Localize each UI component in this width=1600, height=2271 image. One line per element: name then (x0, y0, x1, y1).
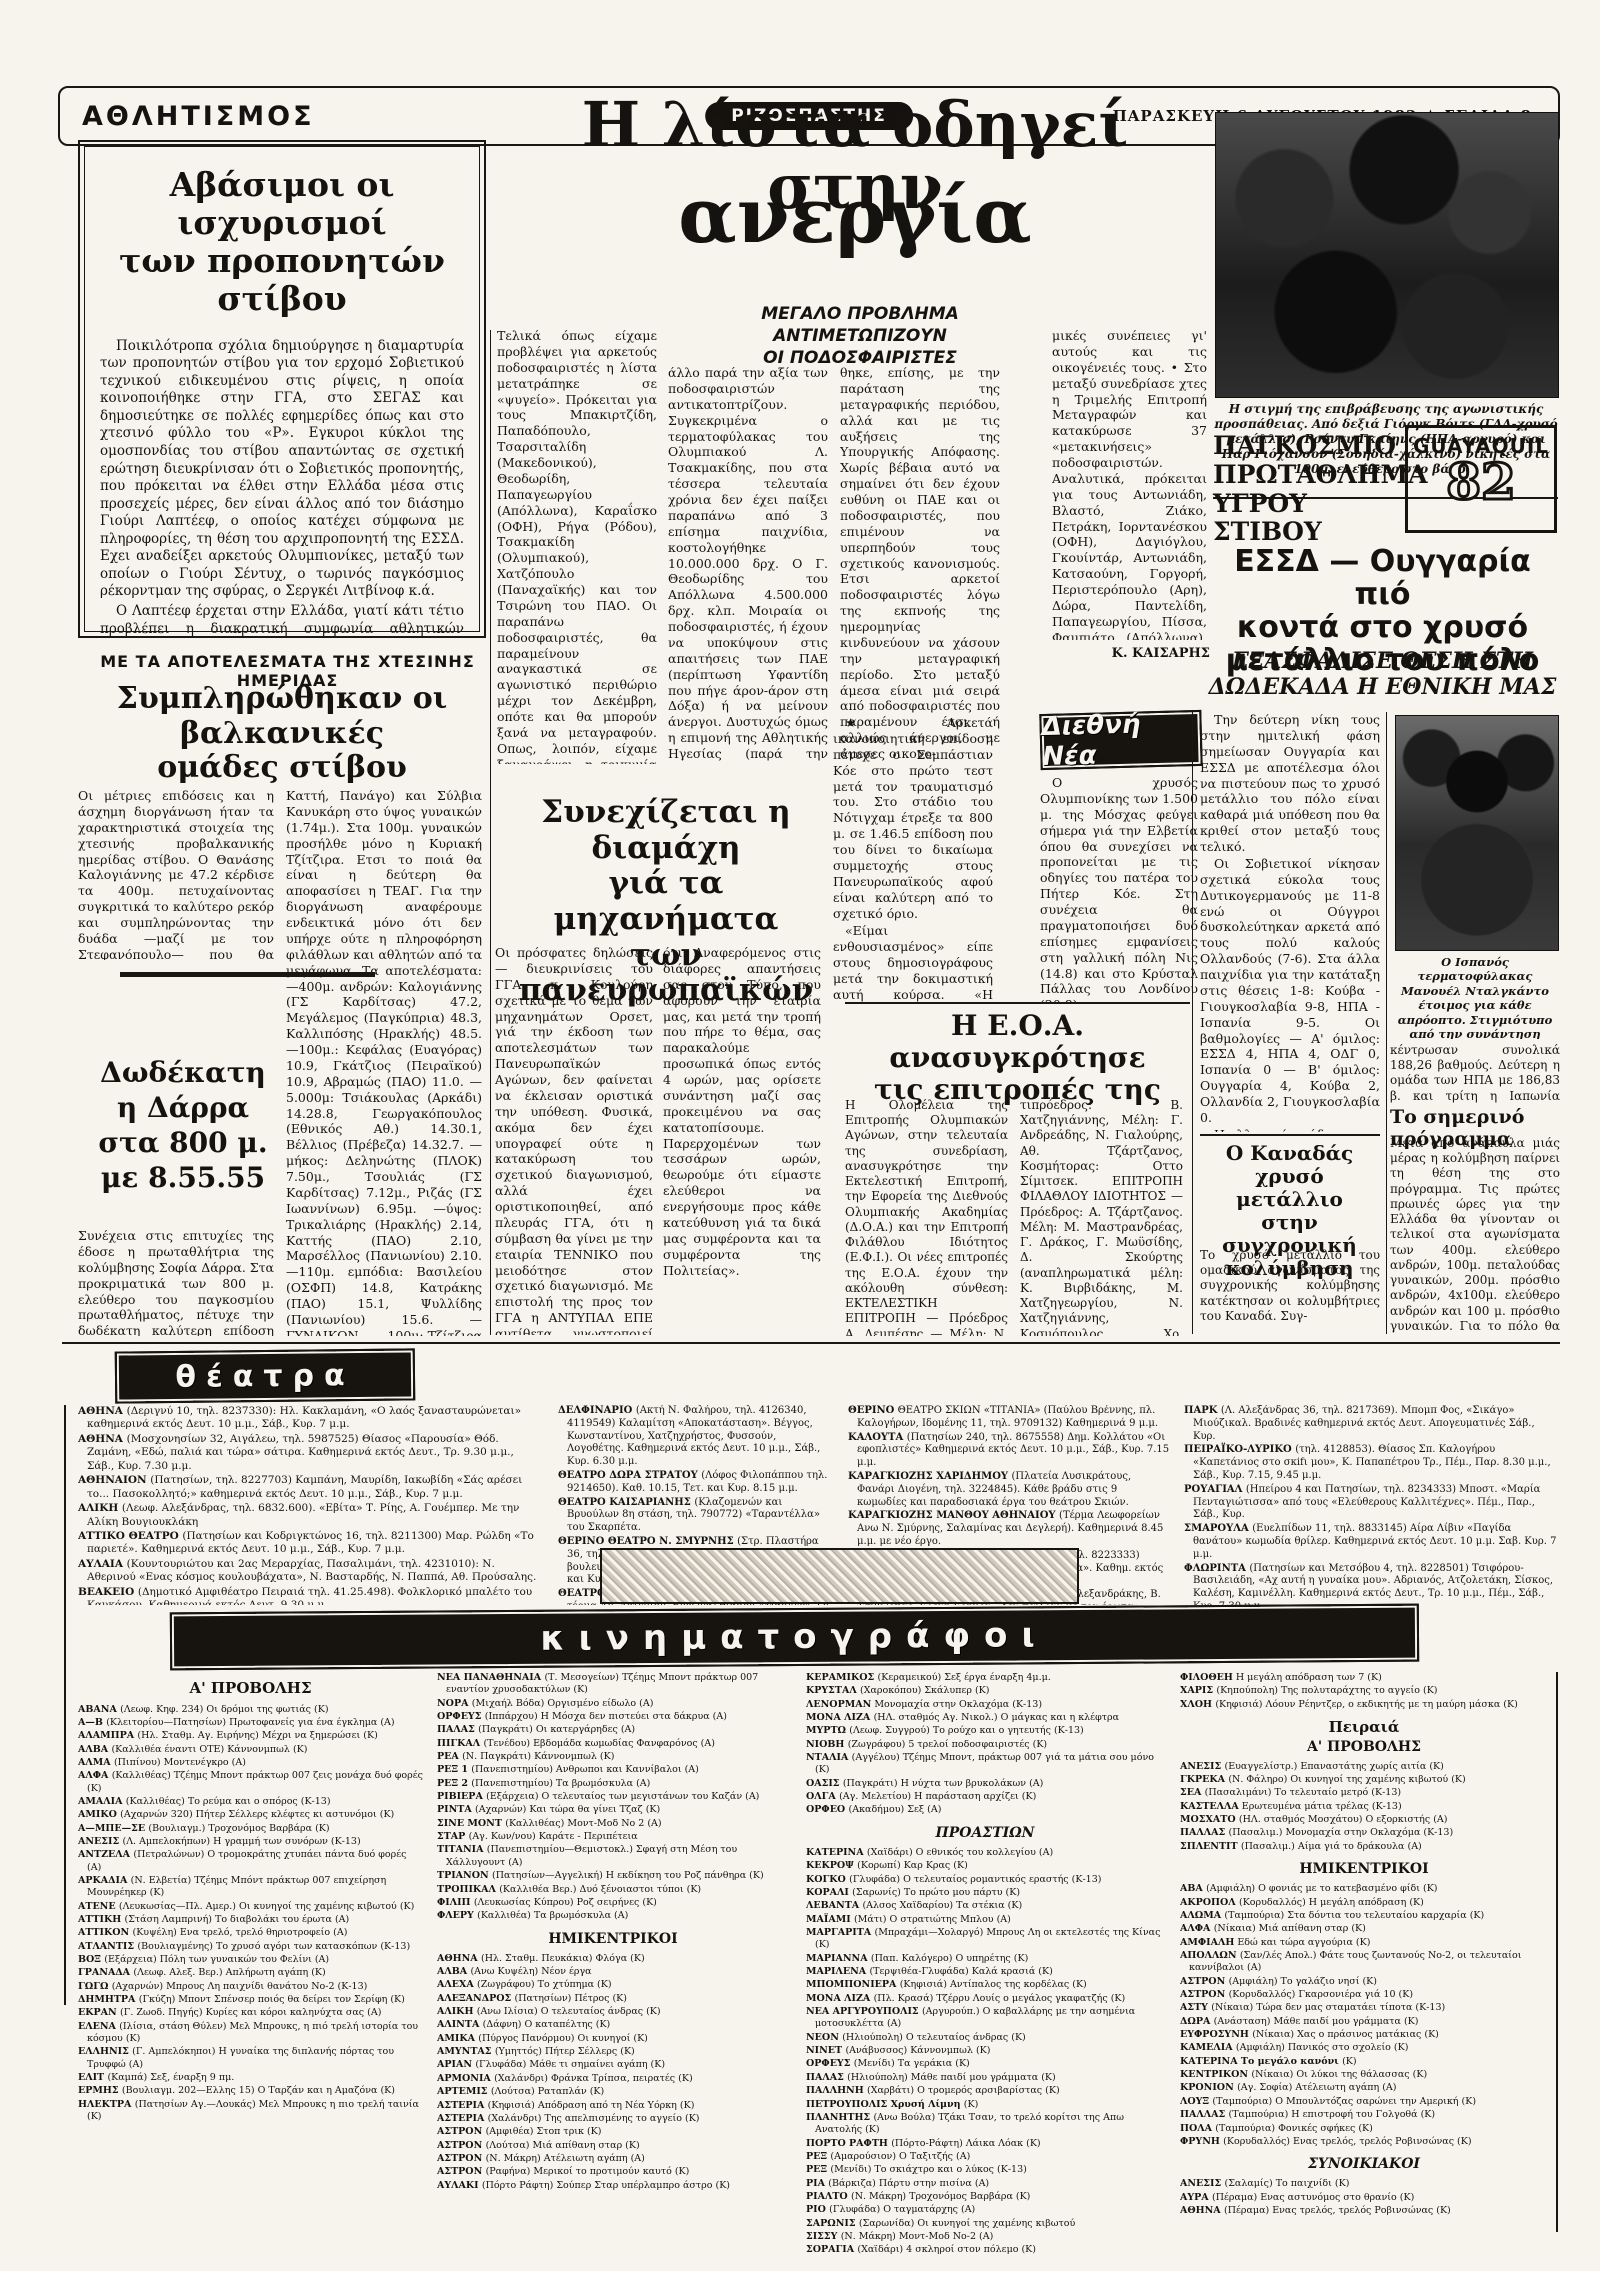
cinema-entry: ΔΩΡΑ (Ανάσταση) Μάθε παιδί μου γράμματα … (1180, 2016, 1548, 2028)
cinema-entry: ΑΡΜΟΝΙΑ (Χαλάνδρι) Φράνκα Τρίπσα, πειρατ… (437, 2073, 789, 2085)
cinemas-first-run-list-2: ΝΕΑ ΠΑΝΑΘΗΝΑΙΑ (Τ. Μεσογείων) Τζέημς Μπο… (437, 1672, 789, 1923)
theatre-entry: ΚΑΛΟΥΤΑ (Πατησίων 240, τηλ. 8675558) Δημ… (848, 1432, 1170, 1470)
intl-news-item: ★ Αρκετά ικανοποιητική επίδοση πέτυχε ο … (833, 715, 993, 921)
cinemas-piraeus-semicentral-header: ΗΜΙΚΕΝΤΡΙΚΟΙ (1180, 1860, 1548, 1878)
theatre-entry: ΘΕΑΤΡΟ ΚΑΙΣΑΡΙΑΝΗΣ (Κλαζομενών και Βρυού… (558, 1497, 834, 1535)
theatres-column-4: ΠΑΡΚ (Λ. Αλεξάνδρας 36, τηλ. 8217369). Μ… (1184, 1405, 1560, 1605)
cinema-entry: ΚΑΤΕΡΙΝΑ Το μεγάλο κανόνι (Κ) (1180, 2056, 1548, 2068)
column-rule (490, 330, 491, 1335)
cinema-entry: ΟΡΦΕΥΣ (Ιππάρχου) Η Μόσχα δεν πιστεύει σ… (437, 1711, 789, 1723)
balkan-column-2: Καττή, Πανάγο) και Σύλβια Κανυκάρη στο ύ… (286, 788, 482, 1336)
waterpolo-kicker: ΠΑΓΚΟΣΜΙΟ ΠΡΩΤΑΘΛΗΜΑ ΥΓΡΟΥ ΣΤΙΒΟΥ (1213, 432, 1403, 547)
cinema-entry: ΑΛΒΑ (Καλλιθέα έναντι ΟΤΕ) Κάννονμπωλ (Κ… (78, 1744, 423, 1756)
cinema-entry: ΑΛΕΞΑΝΔΡΟΣ (Πατησίων) Πέτρος (Κ) (437, 1993, 789, 2005)
cinemas-semicentral-list: ΑΘΗΝΑ (Ηλ. Σταθμ. Πευκάκια) Φλόγα (Κ)ΑΛΒ… (437, 1953, 789, 2192)
theatre-entry: ΑΥΛΑΙΑ (Κουντουριώτου και 2ας Μεραρχίας,… (78, 1558, 544, 1585)
cinema-entry: ΕΡΜΗΣ (Βουλιαγμ. 202—Ελλης 15) Ο Ταρζάν … (78, 2085, 423, 2097)
cinema-entry: ΠΙΓΚΑΛ (Τενέδου) Εβδομάδα κωμωδίας Φανφα… (437, 1738, 789, 1750)
lead-subhead: ΜΕΓΑΛΟ ΠΡΟΒΛΗΜΑ ΑΝΤΙΜΕΤΩΠΙΖΟΥΝ ΟΙ ΠΟΔΟΣΦ… (690, 303, 1030, 369)
cinema-entry: ΡΙΝΤΑ (Αχαρνών) Και τώρα θα γίνει Τζαζ (… (437, 1804, 789, 1816)
balkan-column-1: Οι μέτριες επιδόσεις και η άσχημη διοργά… (78, 788, 274, 960)
cinema-entry: ΓΡΑΝΑΔΑ (Λεωφ. Αλεξ. Βερ.) Απλήρωτη αγάπ… (78, 1967, 423, 1979)
intl-news-item: «Είμαι ενθουσιασμένος» είπε στους δημοσι… (833, 923, 993, 1003)
cinema-entry: ΑΜΥΝΤΑΣ (Υμηττός) Πήτερ Σέλλερς (Κ) (437, 2046, 789, 2058)
cinema-entry: ΑΒΑΝΑ (Λεωφ. Κηφ. 234) Οι δρόμοι της φωτ… (78, 1704, 423, 1716)
cinema-entry: ΣΑΡΩΝΙΣ (Σαρωνίδα) Οι κυνηγοί της χαμένη… (806, 2218, 1164, 2230)
cinemas-logo: κινηματογράφοι (170, 1604, 1419, 1671)
program-text: Μετά από ανάπαυλα μιάς μέρας η κολύμβηση… (1390, 1136, 1560, 1334)
cinema-entry: ΜΑΡΓΑΡΙΤΑ (Μπραχάμι—Χολαργό) Μπρους Λη ο… (806, 1927, 1164, 1952)
cinema-entry: ΝΕΑ ΠΑΝΑΘΗΝΑΙΑ (Τ. Μεσογείων) Τζέημς Μπο… (437, 1672, 789, 1697)
cinema-entry: ΜΑΡΙΑΝΝΑ (Παπ. Καλόγερο) Ο υπηρέτης (Κ) (806, 1953, 1164, 1965)
cinema-entry: ΑΜΙΚΟ (Αχαρνών 320) Πήτερ Σέλλερς κλέφτε… (78, 1809, 423, 1821)
cinema-entry: ΠΑΛΛΑΣ (Ταμπούρια) Η επιστροφή του Γολγο… (1180, 2109, 1548, 2121)
cinema-entry: ΡΕΞ 1 (Πανεπιστημίου) Ανθρωποι και Καννί… (437, 1764, 789, 1776)
cinema-entry: ΑΛΕΧΑ (Ζωγράφου) Το χτύπημα (Κ) (437, 1979, 789, 1991)
cinemas-district-header: ΣΥΝΟΙΚΙΑΚΟΙ (1180, 2155, 1548, 2173)
cinema-entry: ΡΕΞ (Μενίδι) Το σκιάχτρο και ο λύκος (Κ-… (806, 2164, 1164, 2176)
goalkeeper-photo-caption: Ο Ισπανός τερματοφύλακας Μανουέλ Νταλγκά… (1390, 955, 1560, 1039)
divider (1200, 1134, 1380, 1136)
cinema-entry: ΔΗΜΗΤΡΑ (Γκύζη) Μποντ Σπένσερ ποιός θα δ… (78, 1994, 423, 2006)
cinema-entry: ΜΑΡΙΛΕΝΑ (Τερψιθέα-Γλυφάδα) Καλά κρασιά … (806, 1966, 1164, 1978)
cinema-entry: ΦΛΕΡΥ (Καλλιθέα) Τα βρωμόσκυλα (Α) (437, 1910, 789, 1922)
lead-column-4: μικές συνέπειες γι' αυτούς και τις οικογ… (1052, 328, 1207, 640)
edge-rule (1556, 1672, 1558, 2232)
cinemas-suburbs-list: ΚΑΤΕΡΙΝΑ (Χαϊδάρι) Ο εθνικός του κολλεγί… (806, 1847, 1164, 2257)
cinema-entry: ΑΣΤΡΟΝ (Ν. Μάκρη) Ατέλειωτη αγάπη (Α) (437, 2153, 789, 2165)
guayaquil-logo-year: 82 (1408, 458, 1554, 506)
lead-column-3: θηκε, επίσης, με την παράταση της μεταγρ… (840, 365, 1000, 764)
cinema-entry: ΑΘΗΝΑ (Ηλ. Σταθμ. Πευκάκια) Φλόγα (Κ) (437, 1953, 789, 1965)
cinema-entry: ΛΕΒΑΝΤΑ (Αλσος Χαϊδαρίου) Τα στέκια (Κ) (806, 1900, 1164, 1912)
cinema-entry: ΓΩΓΩ (Αχαρνών) Μπρους Λη παιχνίδι θανάτο… (78, 1981, 423, 1993)
theatre-entry: ΔΕΛΦΙΝΑΡΙΟ (Ακτή Ν. Φαλήρου, τηλ. 412634… (558, 1405, 834, 1469)
box-article: Αβάσιμοι οι ισχυρισμοί των προπονητών στ… (78, 140, 486, 638)
cinemas-piraeus-header: Πειραιά (1180, 1718, 1548, 1738)
cinema-entry: ΠΑΛΛΗΝΗ (Χαρβάτι) Ο τρομερός αρσιβαρίστα… (806, 2085, 1164, 2097)
cinema-entry: ΑΤΤΙΚΟΝ (Κυψέλη) Ενα τρελό, τρελό θηριοτ… (78, 1927, 423, 1939)
cinema-entry: ΜΟΝΑ ΛΙΖΑ (Πλ. Κρασά) Τζέρρυ Λουίς ο μεγ… (806, 1993, 1164, 2005)
cinemas-piraeus-first-run-header: Α' ΠΡΟΒΟΛΗΣ (1180, 1738, 1548, 1756)
box-article-body: Ποικιλότροπα σχόλια δημιούργησε η διαμαρ… (100, 338, 464, 638)
podium-photo (1215, 112, 1559, 398)
cinema-entry: ΑΒΑ (Αμφιάλη) Ο φονιάς με το κατεβασμένο… (1180, 1883, 1548, 1895)
newspaper-page: ΑΘΛΗΤΙΣΜΟΣ ΡΙΖΟΣΠΑΣΤΗΣ ΠΑΡΑΣΚΕΥΗ 6 ΑΥΓΟΥ… (0, 0, 1600, 2271)
cinema-entry: ΕΛΕΝΑ (Ιλίσια, στάση Θύλεν) Μελ Μπρουκς,… (78, 2021, 423, 2046)
cinema-entry: ΡΙΑ (Βάρκιζα) Πάρτυ στην πισίνα (Α) (806, 2178, 1164, 2190)
cinema-entry: ΤΡΟΠΙΚΑΛ (Καλλιθέα Βερ.) Δυό ξένοιαστοι … (437, 1884, 789, 1896)
cinema-entry: ΠΕΤΡΟΥΠΟΛΙΣ Χρυσή Λίμνη (Κ) (806, 2099, 1164, 2111)
box-article-title: Αβάσιμοι οι ισχυρισμοί των προπονητών στ… (100, 166, 464, 318)
theatre-entry: ΠΑΡΚ (Λ. Αλεξάνδρας 36, τηλ. 8217369). Μ… (1184, 1405, 1560, 1443)
theatre-entry: ΘΕΑΤΡΟ ΔΩΡΑ ΣΤΡΑΤΟΥ (Λόφος Φιλοπάππου τη… (558, 1470, 834, 1496)
cinema-entry: ΑΠΟΛΛΩΝ (Σαν/λές Απολ.) Φάτε τους ζωνταν… (1180, 1950, 1548, 1975)
cinema-entry: ΣΙΝΕ ΜΟΝΤ (Καλλιθέας) Μοντ-Μοδ Νο 2 (Α) (437, 1818, 789, 1830)
cinema-entry: ΠΟΛΑ (Ταμπούρια) Φονικές σφήκες (Κ) (1180, 2123, 1548, 2135)
theatre-entry: ΑΘΗΝΑ (Δεριγνύ 10, τηλ. 8237330): Ηλ. Κα… (78, 1405, 544, 1432)
cinema-entry: ΟΛΓΑ (Αγ. Μελετίου) Η παράσταση αρχίζει … (806, 1791, 1164, 1803)
cinema-entry: ΤΙΤΑΝΙΑ (Πανεπιστημίου—Θεμιστοκλ.) Σφαγή… (437, 1844, 789, 1869)
cinema-entry: ΚΟΓΚΟ (Γλυφάδα) Ο τελευταίος ρομαντικός … (806, 1874, 1164, 1886)
cinemas-column-1: Α' ΠΡΟΒΟΛΗΣ ΑΒΑΝΑ (Λεωφ. Κηφ. 234) Οι δρ… (78, 1672, 423, 2264)
cinemas-district-list: ΑΝΕΣΙΣ (Σαλαμίς) Το παιχνίδι (Κ)ΑΥΡΑ (Πέ… (1180, 2178, 1548, 2217)
cinema-entry: ΑΥΡΑ (Πέραμα) Ενας αστυνόμος στο θρανίο … (1180, 2192, 1548, 2204)
cinema-entry: ΠΑΛΛΑΣ (Πασαλιμ.) Μονομαχία στην Οκλαχόμ… (1180, 1827, 1548, 1839)
balkan-headline: Συμπληρώθηκαν οι βαλκανικές ομάδες στίβο… (78, 682, 486, 786)
cinema-entry: ΡΙΟ (Γλυφάδα) Ο ταγματάρχης (Α) (806, 2204, 1164, 2216)
cinema-entry: ΑΣΤΕΡΙΑ (Χαλάνδρι) Της απελπισμένης το α… (437, 2113, 789, 2125)
cinema-entry: ΤΡΙΑΝΟΝ (Πατησίων—Αγγελική) Η εκδίκηση τ… (437, 1870, 789, 1882)
cinemas-column-2: ΝΕΑ ΠΑΝΑΘΗΝΑΙΑ (Τ. Μεσογείων) Τζέημς Μπο… (437, 1672, 789, 2264)
cinema-entry: ΧΑΡΙΣ (Κηπούπολη) Της πολυταράχτης το αγ… (1180, 1685, 1548, 1697)
cinema-entry: ΚΑΤΕΡΙΝΑ (Χαϊδάρι) Ο εθνικός του κολλεγί… (806, 1847, 1164, 1859)
cinema-entry: ΜΟΝΑ ΛΙΖΑ (ΗΛ. σταθμός Αγ. Νικολ.) Ο μάγ… (806, 1712, 1164, 1724)
intl-news-column-a: ★ Αρκετά ικανοποιητική επίδοση πέτυχε ο … (833, 715, 993, 1003)
cinema-entry: ΑΣΤΡΟΝ (Ραφήνα) Μερικοί το προτιμούν καυ… (437, 2166, 789, 2178)
box-article-paragraph: Ποικιλότροπα σχόλια δημιούργησε η διαμαρ… (100, 338, 464, 601)
divider (845, 1002, 1190, 1004)
cinema-entry: ΟΑΣΙΣ (Παγκράτι) Η νύχτα των βρυκολάκων … (806, 1778, 1164, 1790)
waterpolo-subhead: ΕΞΑΣΦΑΛΙΣΕ ΘΕΣΗ ΣΤΗ ΔΩΔΕΚΑΔΑ Η ΕΘΝΙΚΗ ΜΑ… (1205, 648, 1560, 701)
cinemas-semicentral-list-2: ΚΕΡΑΜΙΚΟΣ (Κεραμεικού) Σεξ έργα έναρξη 4… (806, 1672, 1164, 1817)
cinema-entry: ΧΛΟΗ (Κηφισιά) Λόουν Ρέηντζερ, ο εκδικητ… (1180, 1699, 1548, 1711)
cinema-entry: ΑΤΤΙΚΗ (Στάση Λαμπρινή) Το διαβολάκι του… (78, 1914, 423, 1926)
eoa-headline: Η Ε.Ο.Α. ανασυγκρότησε τις επιτροπές της (845, 1010, 1190, 1107)
section-rule (62, 1342, 1560, 1344)
cinema-entry: ΑΡΤΕΜΙΣ (Λούτσα) Ραταπλάν (Κ) (437, 2086, 789, 2098)
theatre-entry: ΚΑΡΑΓΚΙΟΖΗΣ ΜΑΝΘΟΥ ΑΘΗΝΑΙΟΥ (Τέρμα Λεωφο… (848, 1510, 1170, 1548)
theatres-column-1: ΑΘΗΝΑ (Δεριγνύ 10, τηλ. 8237330): Ηλ. Κα… (78, 1405, 544, 1605)
cinema-entry: ΑΘΗΝΑ (Πέραμα) Ενας τρελός, τρελός Ροβιν… (1180, 2205, 1548, 2217)
cinema-entry: ΣΙΣΣΥ (Ν. Μάκρη) Μοντ-Μοδ Νο-2 (Α) (806, 2231, 1164, 2243)
cinema-entry: ΡΕΑ (Ν. Παγκράτι) Κάννονμπωλ (Κ) (437, 1751, 789, 1763)
cinema-entry: ΜΟΣΧΑΤΟ (ΗΛ. σταθμός Μοσχάτου) Ο εξορκισ… (1180, 1814, 1548, 1826)
cinema-entry: ΕΚΡΑΝ (Γ. Ζωοδ. Πηγής) Κυρίες και κόροι … (78, 2007, 423, 2019)
cinema-entry: ΓΚΡΕΚΑ (Ν. Φάληρο) Οι κυνηγοί της χαμένη… (1180, 1774, 1548, 1786)
cinemas-first-run-list: ΑΒΑΝΑ (Λεωφ. Κηφ. 234) Οι δρόμοι της φωτ… (78, 1704, 423, 2124)
cinema-entry: ΣΕΑ (Πασαλιμάνι) Το τελευταίο μετρό (Κ-1… (1180, 1787, 1548, 1799)
cinema-entry: ΝΤΑΛΙΑ (Αγγέλου) Τζέημς Μποντ, πράκτωρ 0… (806, 1752, 1164, 1777)
cinemas-column-3: ΚΕΡΑΜΙΚΟΣ (Κεραμεικού) Σεξ έργα έναρξη 4… (806, 1672, 1164, 2264)
cinema-entry: ΕΛΛΗΝΙΣ (Γ. Αμπελόκηποι) Η γυναίκα της δ… (78, 2046, 423, 2071)
goalkeeper-photo (1395, 715, 1559, 951)
cinema-entry: ΣΤΑΡ (Αγ. Κων/νου) Καράτε - Περιπέτεια (437, 1831, 789, 1843)
cinema-entry: ΝΙΟΒΗ (Ζωγράφου) 5 τρελοί ποδοσφαιριστές… (806, 1739, 1164, 1751)
waterpolo-paragraph: Η ελληνική ομάδα με την ισοπαλία (9-9) σ… (1200, 1127, 1380, 1132)
edge-rule (64, 1405, 66, 2005)
cinema-entry: Α—ΜΠΕ—ΣΕ (Βουλιαγμ.) Τροχονόμος Βαρβάρα … (78, 1823, 423, 1835)
cinema-entry: ΚΡΥΣΤΑΛ (Χαροκόπου) Σκάλυπερ (Κ) (806, 1685, 1164, 1697)
cinema-entry: ΚΡΟΝΙΟΝ (Αγ. Σοφία) Ατέλειωτη αγάπη (Α) (1180, 2082, 1548, 2094)
cinema-entry: ΦΡΥΝΗ (Κορυδαλλός) Ενας τρελός, τρελός Ρ… (1180, 2136, 1548, 2148)
cinema-entry: ΠΑΛΑΣ (Παγκράτι) Οι κατεργάρηδες (Α) (437, 1724, 789, 1736)
cinema-entry: ΜΑΪΑΜΙ (Μάτι) Ο στρατιώτης Μπλου (Α) (806, 1914, 1164, 1926)
cinemas-suburbs-header: ΠΡΟΑΣΤΙΩΝ (806, 1824, 1164, 1842)
cinemas-athens-tail-list: ΦΙΛΟΘΕΗ Η μεγάλη απόδραση των 7 (Κ)ΧΑΡΙΣ… (1180, 1672, 1548, 1711)
ad-strip (600, 1548, 1079, 1604)
cinema-entry: ΑΛΒΑ (Ανω Κυψέλη) Νέον έργα (437, 1966, 789, 1978)
synchro-tail: κέντρωσαν συνολικά 188,26 βαθμούς. Δεύτε… (1390, 1043, 1560, 1103)
theatre-entry: ΒΕΑΚΕΙΟ (Δημοτικό Αμφιθέατρο Πειραιά τηλ… (78, 1586, 544, 1605)
theatre-entry: ΘΕΡΙΝΟ ΘΕΑΤΡΟ ΣΚΙΩΝ «ΤΙΤΑΝΙΑ» (Παύλου Βρ… (848, 1405, 1170, 1431)
lead-byline: Κ. ΚΑΙΣΑΡΗΣ (1090, 646, 1210, 661)
dispute-column-1: Οι πρόσφατες δηλώσεις — διευκρινίσεις το… (495, 945, 653, 1335)
theatre-entry: ΠΕΙΡΑΪΚΟ-ΛΥΡΙΚΟ (τηλ. 4128853). Θίασος Σ… (1184, 1444, 1560, 1482)
cinema-entry: ΑΡΙΑΝ (Γλυφάδα) Μάθε τι σημαίνει αγάπη (… (437, 2059, 789, 2071)
cinema-entry: ΑΣΤΡΟΝ (Αμφιάλη) Το γαλάζιο νησί (Κ) (1180, 1976, 1548, 1988)
intl-news-column-b: Ο χρυσός Ολυμπιονίκης των 1.500 μ. της Μ… (1040, 775, 1198, 1003)
cinema-entry: ΑΛΙΝΤΑ (Δάφνη) Ο καταπέλτης (Κ) (437, 2019, 789, 2031)
cinema-entry: ΗΛΕΚΤΡΑ (Πατησίων Αγ.—Λουκάς) Μελ Μπρουκ… (78, 2099, 423, 2124)
cinema-entry: ΚΕΝΤΡΙΚΟΝ (Νίκαια) Οι λύκοι της θάλασσας… (1180, 2069, 1548, 2081)
cinema-entry: ΑΛΜΑ (Πιπίνου) Μοντενέγκρο (Α) (78, 1757, 423, 1769)
cinema-entry: ΦΙΛΟΘΕΗ Η μεγάλη απόδραση των 7 (Κ) (1180, 1672, 1548, 1684)
cinema-entry: ΡΕΞ 2 (Πανεπιστημίου) Τα βρωμόσκυλα (Α) (437, 1778, 789, 1790)
cinema-entry: ΒΟΞ (Εξάρχεια) Πόλη των γυναικών του Φελ… (78, 1954, 423, 1966)
box-article-paragraph: Ο Λαπτέεφ έρχεται στην Ελλάδα, γιατί κάτ… (100, 603, 464, 638)
cinema-entry: ΚΕΚΡΟΨ (Κορωπί) Καρ Κρας (Κ) (806, 1860, 1164, 1872)
intl-news-logo: Διεθνή Νέα (1039, 710, 1202, 770)
cinema-entry: ΑΥΛΑΚΙ (Πόρτο Ράφτη) Σούπερ Σταρ υπέρλαμ… (437, 2180, 789, 2192)
column-rule (1386, 712, 1387, 1334)
cinemas-piraeus-semicentral-list: ΑΒΑ (Αμφιάλη) Ο φονιάς με το κατεβασμένο… (1180, 1883, 1548, 2148)
guayaquil-logo: GUAYAQUIL 82 (1405, 425, 1557, 533)
cinema-entry: ΑΛΑΜΠΡΑ (Ηλ. Σταθμ. Αγ. Ειρήνης) Μέχρι ν… (78, 1730, 423, 1742)
theatre-entry: ΚΑΡΑΓΚΙΟΖΗΣ ΧΑΡΙΔΗΜΟΥ (Πλατεία Λυσικράτο… (848, 1471, 1170, 1509)
cinema-entry: ΟΡΦΕΟ (Ακαδήμου) Σεξ (Α) (806, 1804, 1164, 1816)
lead-column-1: Τελικά όπως είχαμε προβλέψει για αρκετού… (497, 328, 657, 764)
cinema-entry: ΑΤΕΝΕ (Λευκωσίας—Πλ. Αμερ.) Οι κυνηγοί τ… (78, 1901, 423, 1913)
cinema-entry: ΝΙΝΕΤ (Ανάβυσσος) Κάννονμπωλ (Κ) (806, 2045, 1164, 2057)
cinema-entry: ΑΜΙΚΑ (Πύργος Πανόρμου) Οι κυνηγοί (Κ) (437, 2033, 789, 2045)
darra-text: Συνέχεια στις επιτυχίες της έδοσε η πρωτ… (78, 1228, 274, 1336)
theatre-entry: ΑΛΙΚΗ (Λεωφ. Αλεξάνδρας, τηλ. 6832.600).… (78, 1502, 544, 1529)
cinema-entry: ΑΣΤΥ (Νίκαια) Τώρα δεν μας σταματάει τίπ… (1180, 2002, 1548, 2014)
lead-column-2: άλλο παρά την αξία των ποδοσφαιριστών αν… (668, 365, 828, 764)
cinema-entry: ΕΥΦΡΟΣΥΝΗ (Νίκαια) Χας ο πράσινος ματάκι… (1180, 2029, 1548, 2041)
cinema-entry: ΣΟΡΑΓΙΑ (Χαϊδάρι) 4 σκληροί στον πόλεμο … (806, 2244, 1164, 2256)
cinema-entry: ΝΕΑ ΑΡΓΥΡΟΥΠΟΛΙΣ (Αργυρούπ.) Ο καβαλλάρη… (806, 2006, 1164, 2031)
cinema-entry: ΡΙΑΛΤΟ (Ν. Μάκρη) Τροχονόμος Βαρβάρα (Κ) (806, 2191, 1164, 2203)
cinema-entry: ΣΠΛΕΝΤΙΤ (Πασαλιμ.) Αίμα γιά το δράκουλα… (1180, 1841, 1548, 1853)
cinema-entry: ΜΥΡΤΩ (Λεωφ. Συγγρού) Το ρούχο και ο γητ… (806, 1725, 1164, 1737)
cinema-entry: ΑΤΛΑΝΤΙΣ (Βουλιαγμένης) Το χρυσό αγόρι τ… (78, 1941, 423, 1953)
cinema-entry: ΑΝΕΣΙΣ (Σαλαμίς) Το παιχνίδι (Κ) (1180, 2178, 1548, 2190)
cinema-entry: ΛΕΝΟΡΜΑΝ Μονομαχία στην Οκλαχόμα (Κ-13) (806, 1699, 1164, 1711)
cinema-entry: ΑΚΡΟΠΟΛ (Κορυδαλλός) Η μεγάλη απόδραση (… (1180, 1897, 1548, 1909)
eoa-column-2: τιπρόεδρος: Β. Χατζηγιάννης, Μέλη: Γ. Αν… (1020, 1098, 1183, 1336)
cinema-entry: ΝΟΡΑ (Μιχαήλ Βόδα) Οργισμένο είδωλο (Α) (437, 1698, 789, 1710)
cinema-entry: ΚΟΡΑΛΙ (Σαρωνίς) Το πρώτο μου πάρτυ (Κ) (806, 1887, 1164, 1899)
waterpolo-body: Την δεύτερη νίκη τους στην ημιτελική φάσ… (1200, 712, 1380, 1132)
cinema-entry: ΝΕΟΝ (Ηλιούπολη) Ο τελευταίος άνδρας (Κ) (806, 2032, 1164, 2044)
cinema-entry: ΠΛΑΝΗΤΗΣ (Ανω Βούλα) Τζάκι Τσαν, το τρελ… (806, 2112, 1164, 2137)
cinema-entry: ΑΜΑΛΙΑ (Καλλιθέας) Το ρεύμα και ο σπόρος… (78, 1796, 423, 1808)
cinema-entry: ΑΝΕΣΙΣ (Ευαγγελίστρ.) Επαναστάτης χωρίς … (1180, 1761, 1548, 1773)
cinemas-semicentral-header: ΗΜΙΚΕΝΤΡΙΚΟΙ (437, 1930, 789, 1948)
cinema-entry: Α—Β (Κλειτορίου—Πατησίων) Πρωτοφανείς γι… (78, 1717, 423, 1729)
theatre-entry: ΑΘΗΝΑ (Μοσχονησίων 32, Αιγάλεω, τηλ. 598… (78, 1433, 544, 1473)
cinema-entry: ΚΑΜΕΛΙΑ (Αμφιάλη) Πανικός στο σχολείο (Κ… (1180, 2042, 1548, 2054)
cinema-entry: ΑΛΦΑ (Καλλιθέας) Τζέημς Μποντ πράκτωρ 00… (78, 1770, 423, 1795)
column-rule (1192, 712, 1193, 1334)
cinema-entry: ΑΣΤΡΟΝ (Κορυδαλλός) Γκαρσονιέρα γιά 10 (… (1180, 1989, 1548, 2001)
cinema-entry: ΑΛΦΑ (Νίκαια) Μιά απίθανη σταρ (Κ) (1180, 1923, 1548, 1935)
cinema-entry: ΑΣΤΕΡΙΑ (Κηφισιά) Απόδραση από τη Νέα Υό… (437, 2100, 789, 2112)
theatre-entry: ΦΛΩΡΙΝΤΑ (Πατησίων και Μετσόβου 4, τηλ. … (1184, 1563, 1560, 1605)
cinemas-column-4: ΦΙΛΟΘΕΗ Η μεγάλη απόδραση των 7 (Κ)ΧΑΡΙΣ… (1180, 1672, 1548, 2264)
theatre-entry: ΑΘΗΝΑΙΟΝ (Πατησίων, τηλ. 8227703) Καμπάν… (78, 1474, 544, 1501)
cinema-entry: ΚΑΣΤΕΛΛΑ Ερωτευμένα μάτια τρέλας (Κ-13) (1180, 1801, 1548, 1813)
cinema-entry: ΑΛΙΚΗ (Ανω Ιλίσια) Ο τελευταίος άνδρας (… (437, 2006, 789, 2018)
cinemas-first-run-header: Α' ΠΡΟΒΟΛΗΣ (78, 1679, 423, 1699)
cinema-entry: ΑΣΤΡΟΝ (Λούτσα) Μιά απίθανη σταρ (Κ) (437, 2140, 789, 2152)
lead-headline-line2: ανεργία (640, 178, 1070, 254)
cinema-entry: ΠΟΡΤΟ ΡΑΦΤΗ (Πόρτο-Ράφτη) Λάικα Λόακ (Κ) (806, 2138, 1164, 2150)
thick-rule (120, 972, 375, 977)
intl-news-item: Ο χρυσός Ολυμπιονίκης των 1.500 μ. της Μ… (1040, 775, 1198, 1003)
waterpolo-paragraph: Οι Σοβιετικοί νίκησαν σχετικά εύκολα του… (1200, 856, 1380, 1126)
cinema-entry: ΑΝΕΣΙΣ (Λ. Αμπελοκήπων) Η γραμμή των συν… (78, 1836, 423, 1848)
theatres-logo: θέατρα (115, 1348, 416, 1403)
cinema-entry: ΑΜΦΙΑΛΗ Εδώ και τώρα αγγούρια (Κ) (1180, 1937, 1548, 1949)
cinema-entry: ΑΝΤΖΕΛΑ (Πετραλώνων) Ο τρομοκράτης χτυπά… (78, 1849, 423, 1874)
cinemas-piraeus-first-run-list: ΑΝΕΣΙΣ (Ευαγγελίστρ.) Επαναστάτης χωρίς … (1180, 1761, 1548, 1853)
cinema-entry: ΛΟΥΞ (Ταμπούρια) Ο Μπουλντόζας σαρώνει τ… (1180, 2096, 1548, 2108)
waterpolo-paragraph: Την δεύτερη νίκη τους στην ημιτελική φάσ… (1200, 712, 1380, 855)
cinema-entry: ΡΙΒΙΕΡΑ (Εξάρχεια) Ο τελευταίος των μεγι… (437, 1791, 789, 1803)
eoa-column-1: Η Ολομέλεια της Επιτροπής Ολυμπιακών Αγώ… (845, 1098, 1008, 1336)
darra-headline: Δωδέκατη η Δάρρα στα 800 μ. με 8.55.55 (88, 1055, 278, 1195)
section-label: ΑΘΛΗΤΙΣΜΟΣ (82, 101, 315, 132)
canada-text: Το χρυσό μετάλλιο του ομαδικού αγωνίσματ… (1200, 1248, 1380, 1334)
cinema-entry: ΟΡΦΕΥΣ (Μενίδι) Τα γεράκια (Κ) (806, 2058, 1164, 2070)
theatre-entry: ΑΤΤΙΚΟ ΘΕΑΤΡΟ (Πατησίων και Κοδριγκτώνος… (78, 1530, 544, 1557)
theatre-entry: ΣΜΑΡΟΥΛΑ (Ευελπίδων 11, τηλ. 8833145) Αί… (1184, 1523, 1560, 1561)
dispute-column-2: ότι: Αναφερόμενος στις διάφορες απαντήσε… (663, 945, 821, 1335)
cinema-entry: ΑΣΤΡΟΝ (Αμφιθέα) Στοπ τρικ (Κ) (437, 2126, 789, 2138)
theatre-entry: ΡΟΥΑΓΙΑΛ (Ηπείρου 4 και Πατησίων, τηλ. 8… (1184, 1484, 1560, 1522)
cinema-entry: ΦΙΛΙΠ (Λευκωσίας Κύπρου) Ροζ σειρήνες (Κ… (437, 1897, 789, 1909)
cinema-entry: ΕΛΙΤ (Καμπά) Σεξ, έναρξη 9 πμ. (78, 2072, 423, 2084)
cinema-entry: ΚΕΡΑΜΙΚΟΣ (Κεραμεικού) Σεξ έργα έναρξη 4… (806, 1672, 1164, 1684)
cinema-entry: ΜΠΟΜΠΟΝΙΕΡΑ (Κηφισιά) Αντίπαλος της κορδ… (806, 1979, 1164, 1991)
cinema-entry: ΠΑΛΑΣ (Ηλιούπολη) Μάθε παιδί μου γράμματ… (806, 2072, 1164, 2084)
cinema-entry: ΑΛΩΜΑ (Ταμπούρια) Στα δόντια του τελευτα… (1180, 1910, 1548, 1922)
cinema-entry: ΑΡΚΑΔΙΑ (Ν. Ελβετία) Τζέημς Μπόντ πράκτω… (78, 1875, 423, 1900)
cinema-entry: ΡΕΞ (Αμαρούσιον) Ο Ταξιτζής (Α) (806, 2151, 1164, 2163)
